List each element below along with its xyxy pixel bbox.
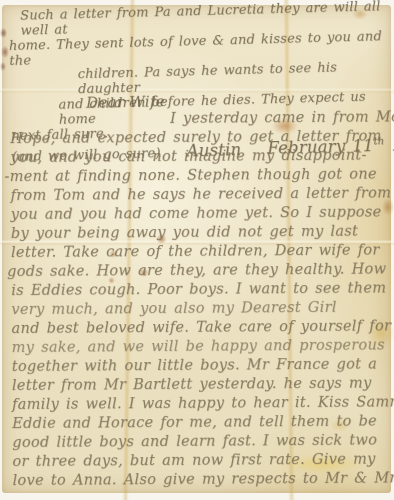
letter-line: very much, and you also my Dearest Girl [11, 298, 390, 320]
letter-line: is Eddies cough. Poor boys. I want to se… [11, 279, 390, 301]
letter-line: Eddie and Horace for me, and tell them t… [12, 412, 391, 434]
salutation: Dear Wife [86, 92, 165, 111]
letter-line: good little boys and learn fast. I was s… [12, 431, 391, 453]
letter-line: letter from Mr Bartlett yesterday. he sa… [12, 374, 391, 396]
letter-line: and best beloved wife. Take care of your… [11, 317, 390, 339]
letter-line: letter. Take care of the children, Dear … [11, 241, 390, 263]
letter-line: family is well. I was happy to hear it. … [12, 393, 391, 415]
letter-line: I yesterday came in from Mound [170, 108, 389, 129]
letter-line: by your being away you did not get my la… [11, 222, 390, 244]
letter-line: my sake, and we will be happy and prospe… [12, 336, 391, 358]
letter-body: I yesterday came in from Mound Hope, and… [10, 108, 392, 491]
letter-photo: Such a letter from Pa and Lucretia they … [0, 0, 394, 500]
letter-line: together with our little boys. Mr France… [12, 355, 391, 377]
letter-line: or three days, but am now first rate. Gi… [12, 450, 391, 472]
letter-line: love to Anna. Also give my respects to M… [13, 469, 392, 491]
